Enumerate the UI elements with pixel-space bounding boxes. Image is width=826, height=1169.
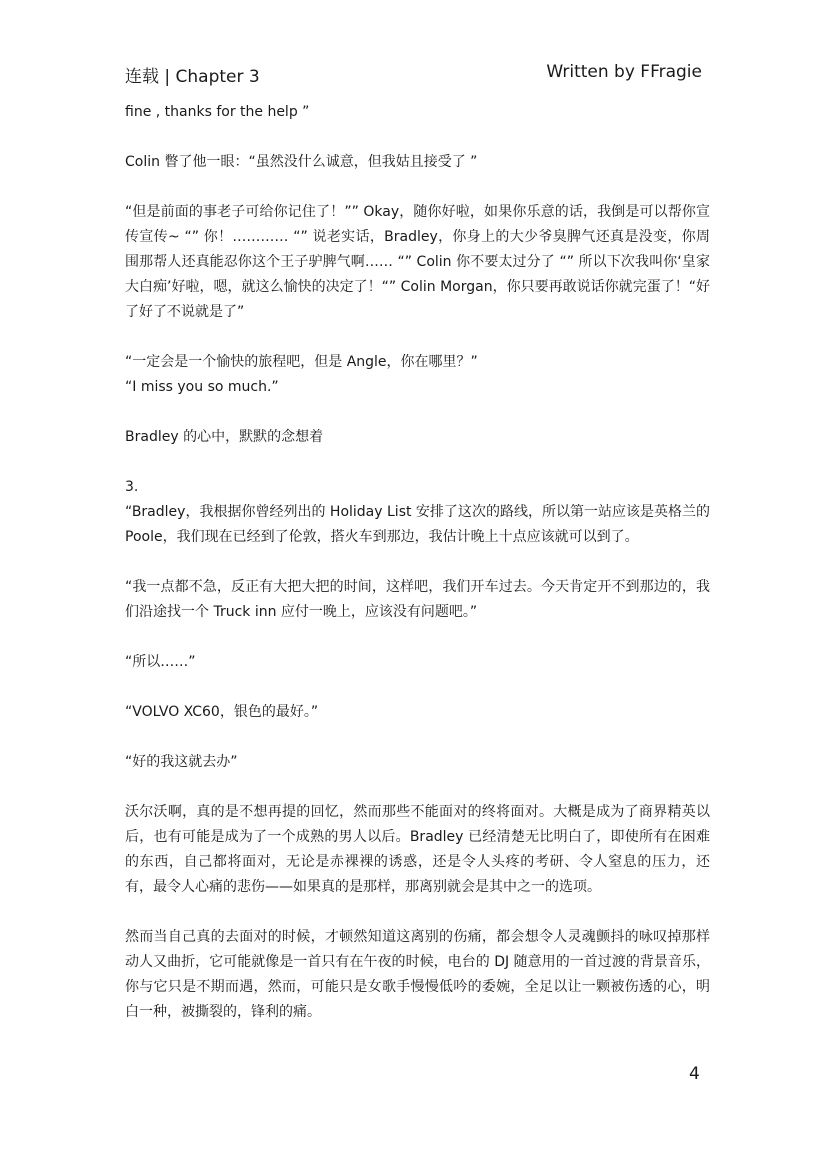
paragraph: “所以……”	[125, 650, 710, 675]
paragraph: Bradley 的心中，默默的念想着	[125, 425, 710, 450]
page-header: 连载 | Chapter 3 Written by FFragie	[125, 62, 702, 88]
paragraph: “Bradley，我根据你曾经列出的 Holiday List 安排了这次的路线…	[125, 500, 710, 550]
chapter-label: 连载 | Chapter 3	[125, 62, 260, 87]
paragraph: “但是前面的事老子可给你记住了！”” Okay，随你好啦，如果你乐意的话，我倒是…	[125, 200, 710, 325]
paragraph: Colin 瞥了他一眼：“虽然没什么诚意，但我姑且接受了 ”	[125, 150, 710, 175]
paragraph: fine , thanks for the help ”	[125, 100, 710, 125]
section-number: 3.	[125, 475, 710, 500]
paragraph: 沃尔沃啊，真的是不想再提的回忆，然而那些不能面对的终将面对。大概是成为了商界精英…	[125, 800, 710, 900]
paragraph: “好的我这就去办”	[125, 750, 710, 775]
paragraph: “VOLVO XC60，银色的最好。”	[125, 700, 710, 725]
paragraph: “I miss you so much.”	[125, 375, 710, 400]
paragraph: 然而当自己真的去面对的时候，才顿然知道这离别的伤痛，都会想令人灵魂颤抖的咏叹掉那…	[125, 925, 710, 1025]
page-number: 4	[689, 1064, 700, 1084]
author-label: Written by FFragie	[546, 62, 702, 82]
paragraph: “一定会是一个愉快的旅程吧，但是 Angle，你在哪里？”	[125, 350, 710, 375]
paragraph: “我一点都不急，反正有大把大把的时间，这样吧，我们开车过去。今天肯定开不到那边的…	[125, 575, 710, 625]
